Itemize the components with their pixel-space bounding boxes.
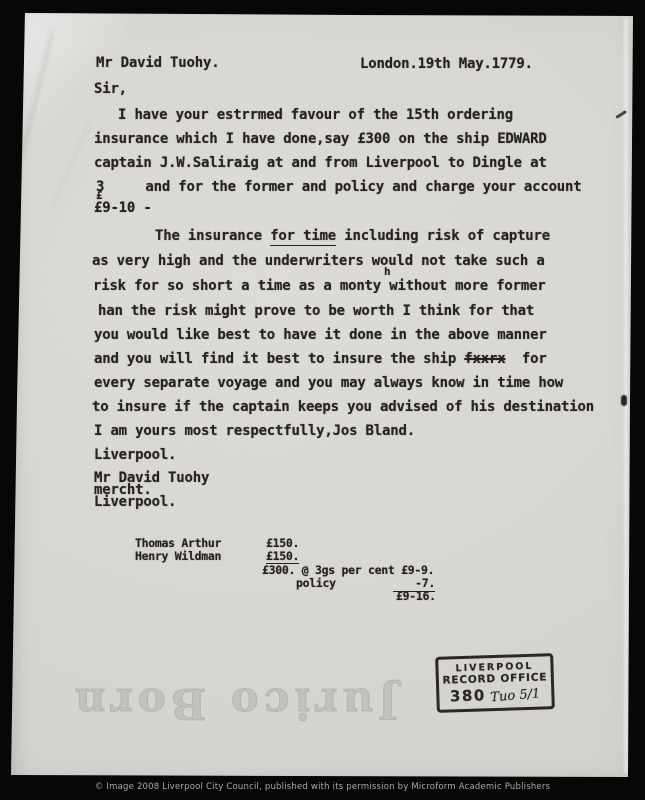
body-line: 3 and for the former and policy and char… (96, 179, 582, 195)
salutation: Sir, (94, 81, 127, 97)
body-line: as very high and the underwriters would … (92, 253, 545, 269)
account-row-amount: £150. (266, 550, 299, 563)
body-line: and you will find it best to insure the … (94, 351, 547, 367)
paper-crease (52, 123, 90, 206)
body-line: The insurance for time including risk of… (155, 228, 550, 244)
body-line: I have your estrrmed favour of the 15th … (118, 107, 513, 123)
body-line: risk for so short a time as a monty with… (93, 278, 546, 294)
microfilm-scan-frame: Jurico Born Mr David Tuohy. London.19th … (0, 0, 645, 800)
struck-word: fxxrx (464, 351, 505, 367)
dateline: London.19th May.1779. (360, 56, 533, 72)
body-text: for (505, 351, 546, 367)
underlined-phrase: for time (270, 228, 336, 246)
grand-total: £9-16. (396, 590, 436, 603)
underlined-amount: £150. (266, 549, 299, 564)
account-total-line: £300. @ 3gs per cent £9-9. (262, 564, 434, 577)
stamp-ref-number: 380 (450, 687, 486, 706)
body-line: han the risk might prove to be worth I t… (98, 303, 534, 319)
inserted-letter: h (384, 266, 390, 279)
policy-label: policy (296, 577, 336, 590)
body-line: you would like best to have it done in t… (94, 327, 547, 343)
address-line: Liverpool. (94, 494, 176, 510)
body-line: captain J.W.Saliraig at and from Liverpo… (94, 155, 547, 171)
record-office-stamp: LIVERPOOL RECORD OFFICE 380 Tuo 5/1 (435, 653, 555, 713)
amount-line: £9-10 - (94, 200, 152, 216)
stamp-ref-handwritten: Tuo 5/1 (490, 687, 541, 706)
account-row-name: Henry Wildman (135, 550, 221, 563)
body-line: every separate voyage and you may always… (94, 375, 563, 391)
copyright-line: © Image 2008 Liverpool City Council, pub… (0, 782, 645, 792)
body-text: and you will find it best to insure the … (94, 351, 464, 367)
ink-smudge (621, 395, 627, 406)
stamp-reference: 380 Tuo 5/1 (450, 685, 541, 706)
show-through-text: Jurico Born (68, 666, 398, 728)
place-line: Liverpool. (94, 447, 176, 463)
signature-line: I am yours most respectfully,Jos Bland. (94, 423, 415, 439)
body-text: The insurance (155, 228, 270, 244)
document-page: Jurico Born Mr David Tuohy. London.19th … (0, 0, 645, 800)
body-line: insurance which I have done,say £300 on … (94, 131, 547, 147)
recipient-line: Mr David Tuohy. (96, 55, 219, 71)
body-line: to insure if the captain keeps you advis… (92, 399, 594, 415)
body-text: including risk of capture (336, 228, 550, 244)
